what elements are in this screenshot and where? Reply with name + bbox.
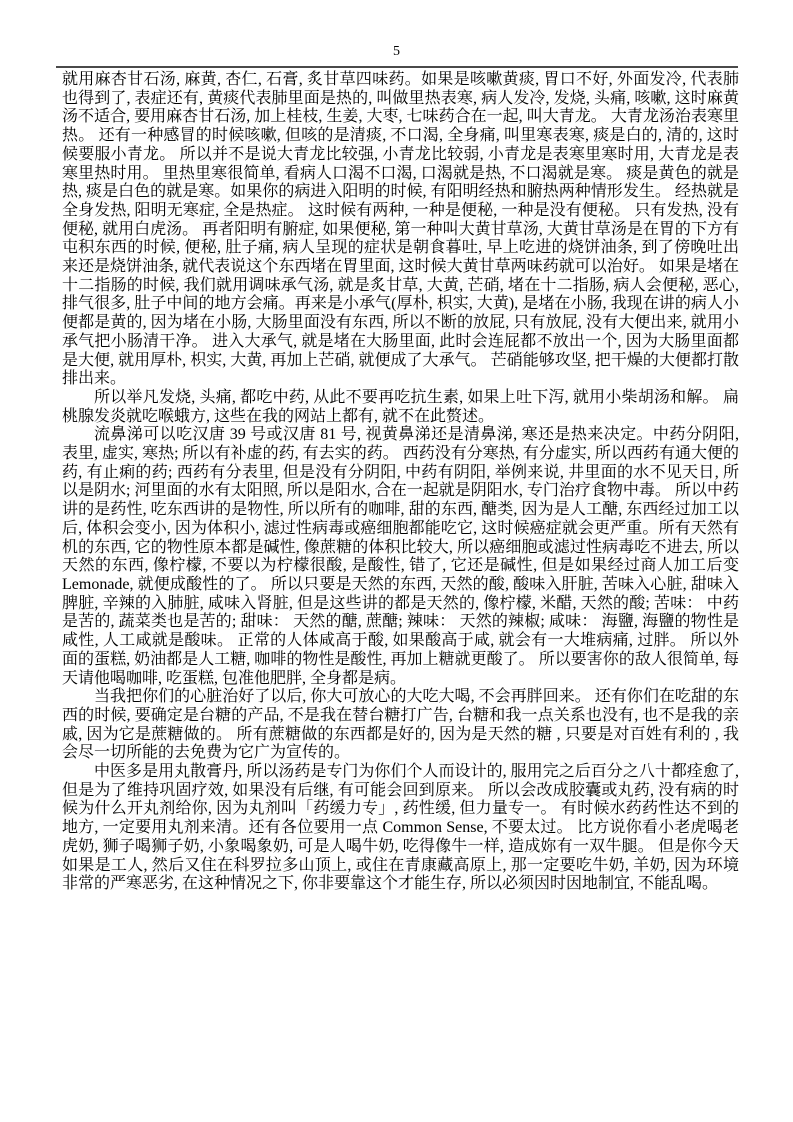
body-text: 就用麻杏甘石汤, 麻黄, 杏仁, 石膏, 炙甘草四味药。如果是咳嗽黄痰, 胃口不… [62,71,739,894]
paragraph-4: 当我把你们的心脏治好了以后, 你大可放心的大吃大喝, 不会再胖回来。 还有你们在… [62,688,739,763]
document-page: 5 就用麻杏甘石汤, 麻黄, 杏仁, 石膏, 炙甘草四味药。如果是咳嗽黄痰, 胃… [0,0,793,1122]
paragraph-3: 流鼻涕可以吃汉唐 39 号或汉唐 81 号, 视黄鼻涕还是清鼻涕, 寒还是热来决… [62,426,739,688]
paragraph-1: 就用麻杏甘石汤, 麻黄, 杏仁, 石膏, 炙甘草四味药。如果是咳嗽黄痰, 胃口不… [62,71,739,389]
header-rule [56,66,738,68]
page-number: 5 [0,44,793,60]
paragraph-5: 中医多是用丸散膏丹, 所以汤药是专门为你们个人而设计的, 服用完之后百分之八十都… [62,763,739,894]
paragraph-2: 所以举凡发烧, 头痛, 都吃中药, 从此不要再吃抗生素, 如果上吐下泻, 就用小… [62,389,739,426]
